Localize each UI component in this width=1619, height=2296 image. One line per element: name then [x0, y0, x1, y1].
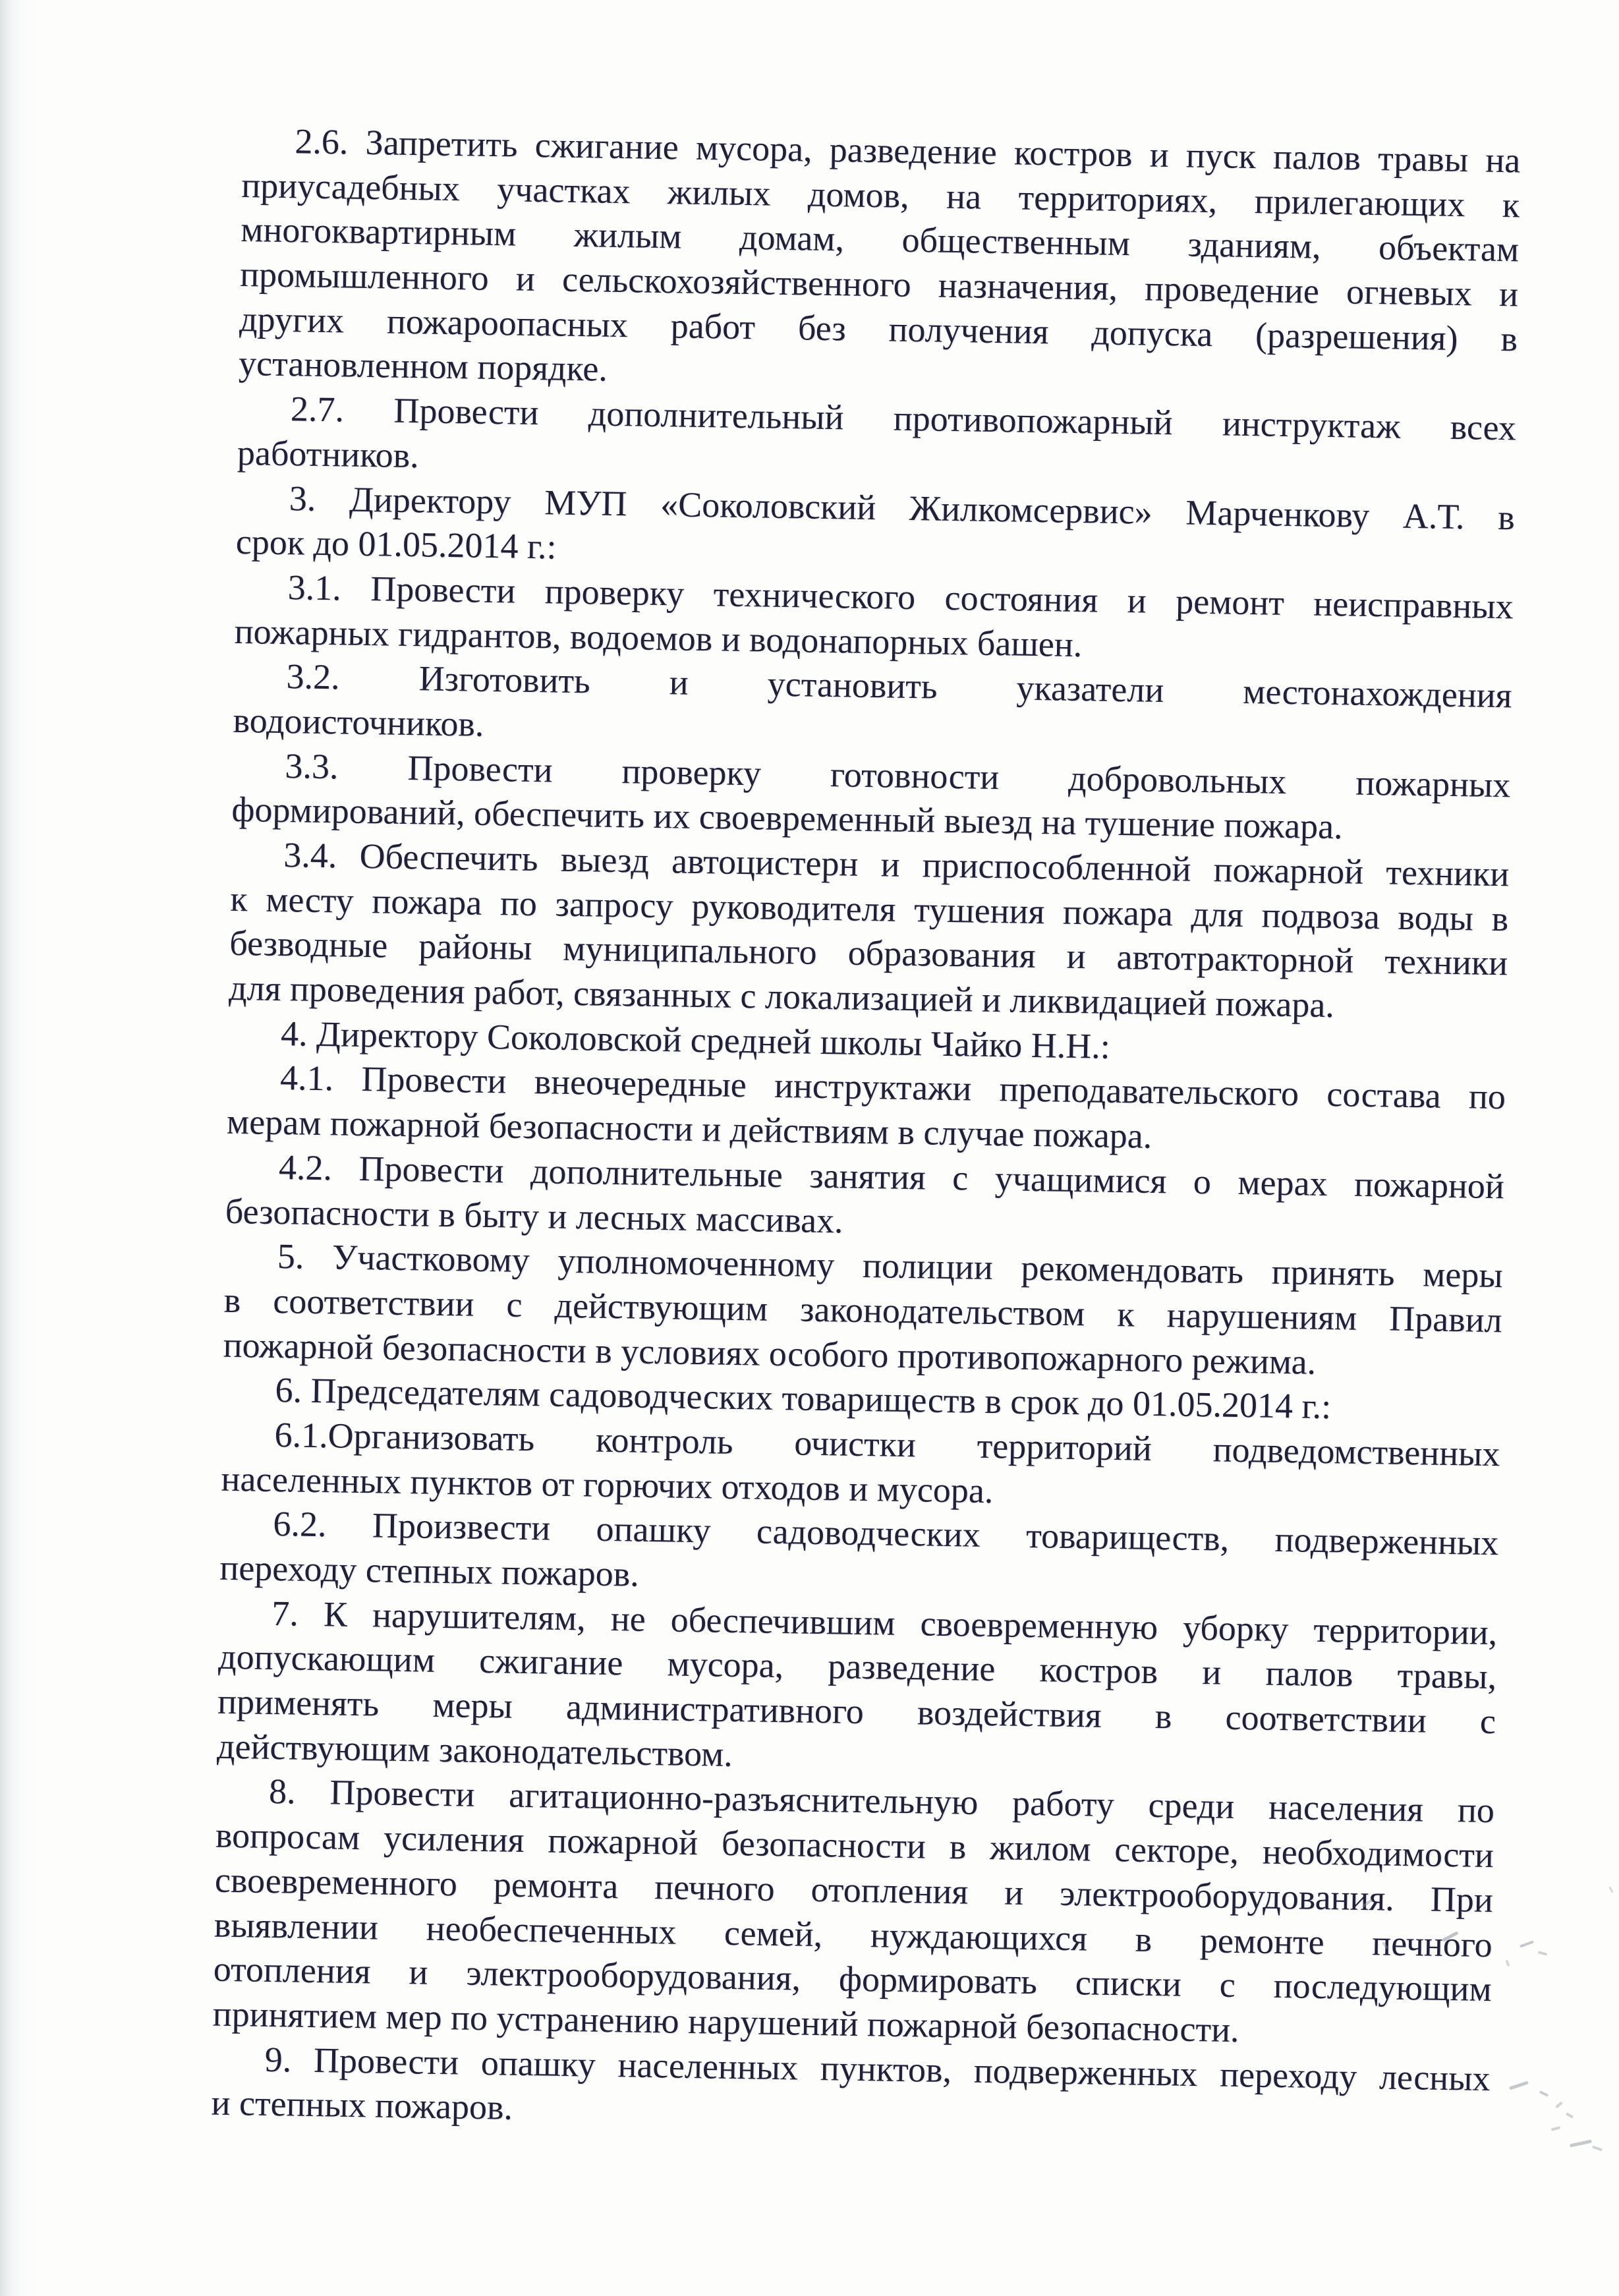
pencil-mark: [1538, 1951, 1548, 1955]
paragraph-5: 5. Участковому уполномоченному полиции р…: [223, 1234, 1503, 1388]
document-text-block: 2.6. Запретить сжигание мусора, разведен…: [211, 119, 1521, 2146]
paragraph-3-4: 3.4. Обеспечить выезд автоцистерн и прис…: [229, 832, 1510, 1031]
pencil-mark: [1570, 2140, 1592, 2148]
paragraph-7: 7. К нарушителям, не обеспечившим своевр…: [217, 1590, 1498, 1789]
paragraph-2-6: 2.6. Запретить сжигание мусора, разведен…: [239, 119, 1521, 407]
pencil-mark: [1505, 1960, 1510, 1967]
pencil-mark: [1551, 2126, 1561, 2131]
pencil-mark: [1539, 2090, 1548, 2097]
scan-edge-shading: [0, 0, 40, 2296]
pencil-mark: [1509, 2081, 1529, 2090]
pencil-mark: [1608, 1886, 1614, 1893]
pencil-mark: [1520, 1940, 1534, 1947]
paragraph-8: 8. Провести агитационно-разъяснительную …: [212, 1769, 1494, 2057]
pencil-mark: [1566, 2112, 1574, 2118]
pencil-mark: [1555, 2102, 1563, 2109]
document-page: 2.6. Запретить сжигание мусора, разведен…: [0, 0, 1619, 2296]
pencil-mark: [1592, 2145, 1603, 2151]
